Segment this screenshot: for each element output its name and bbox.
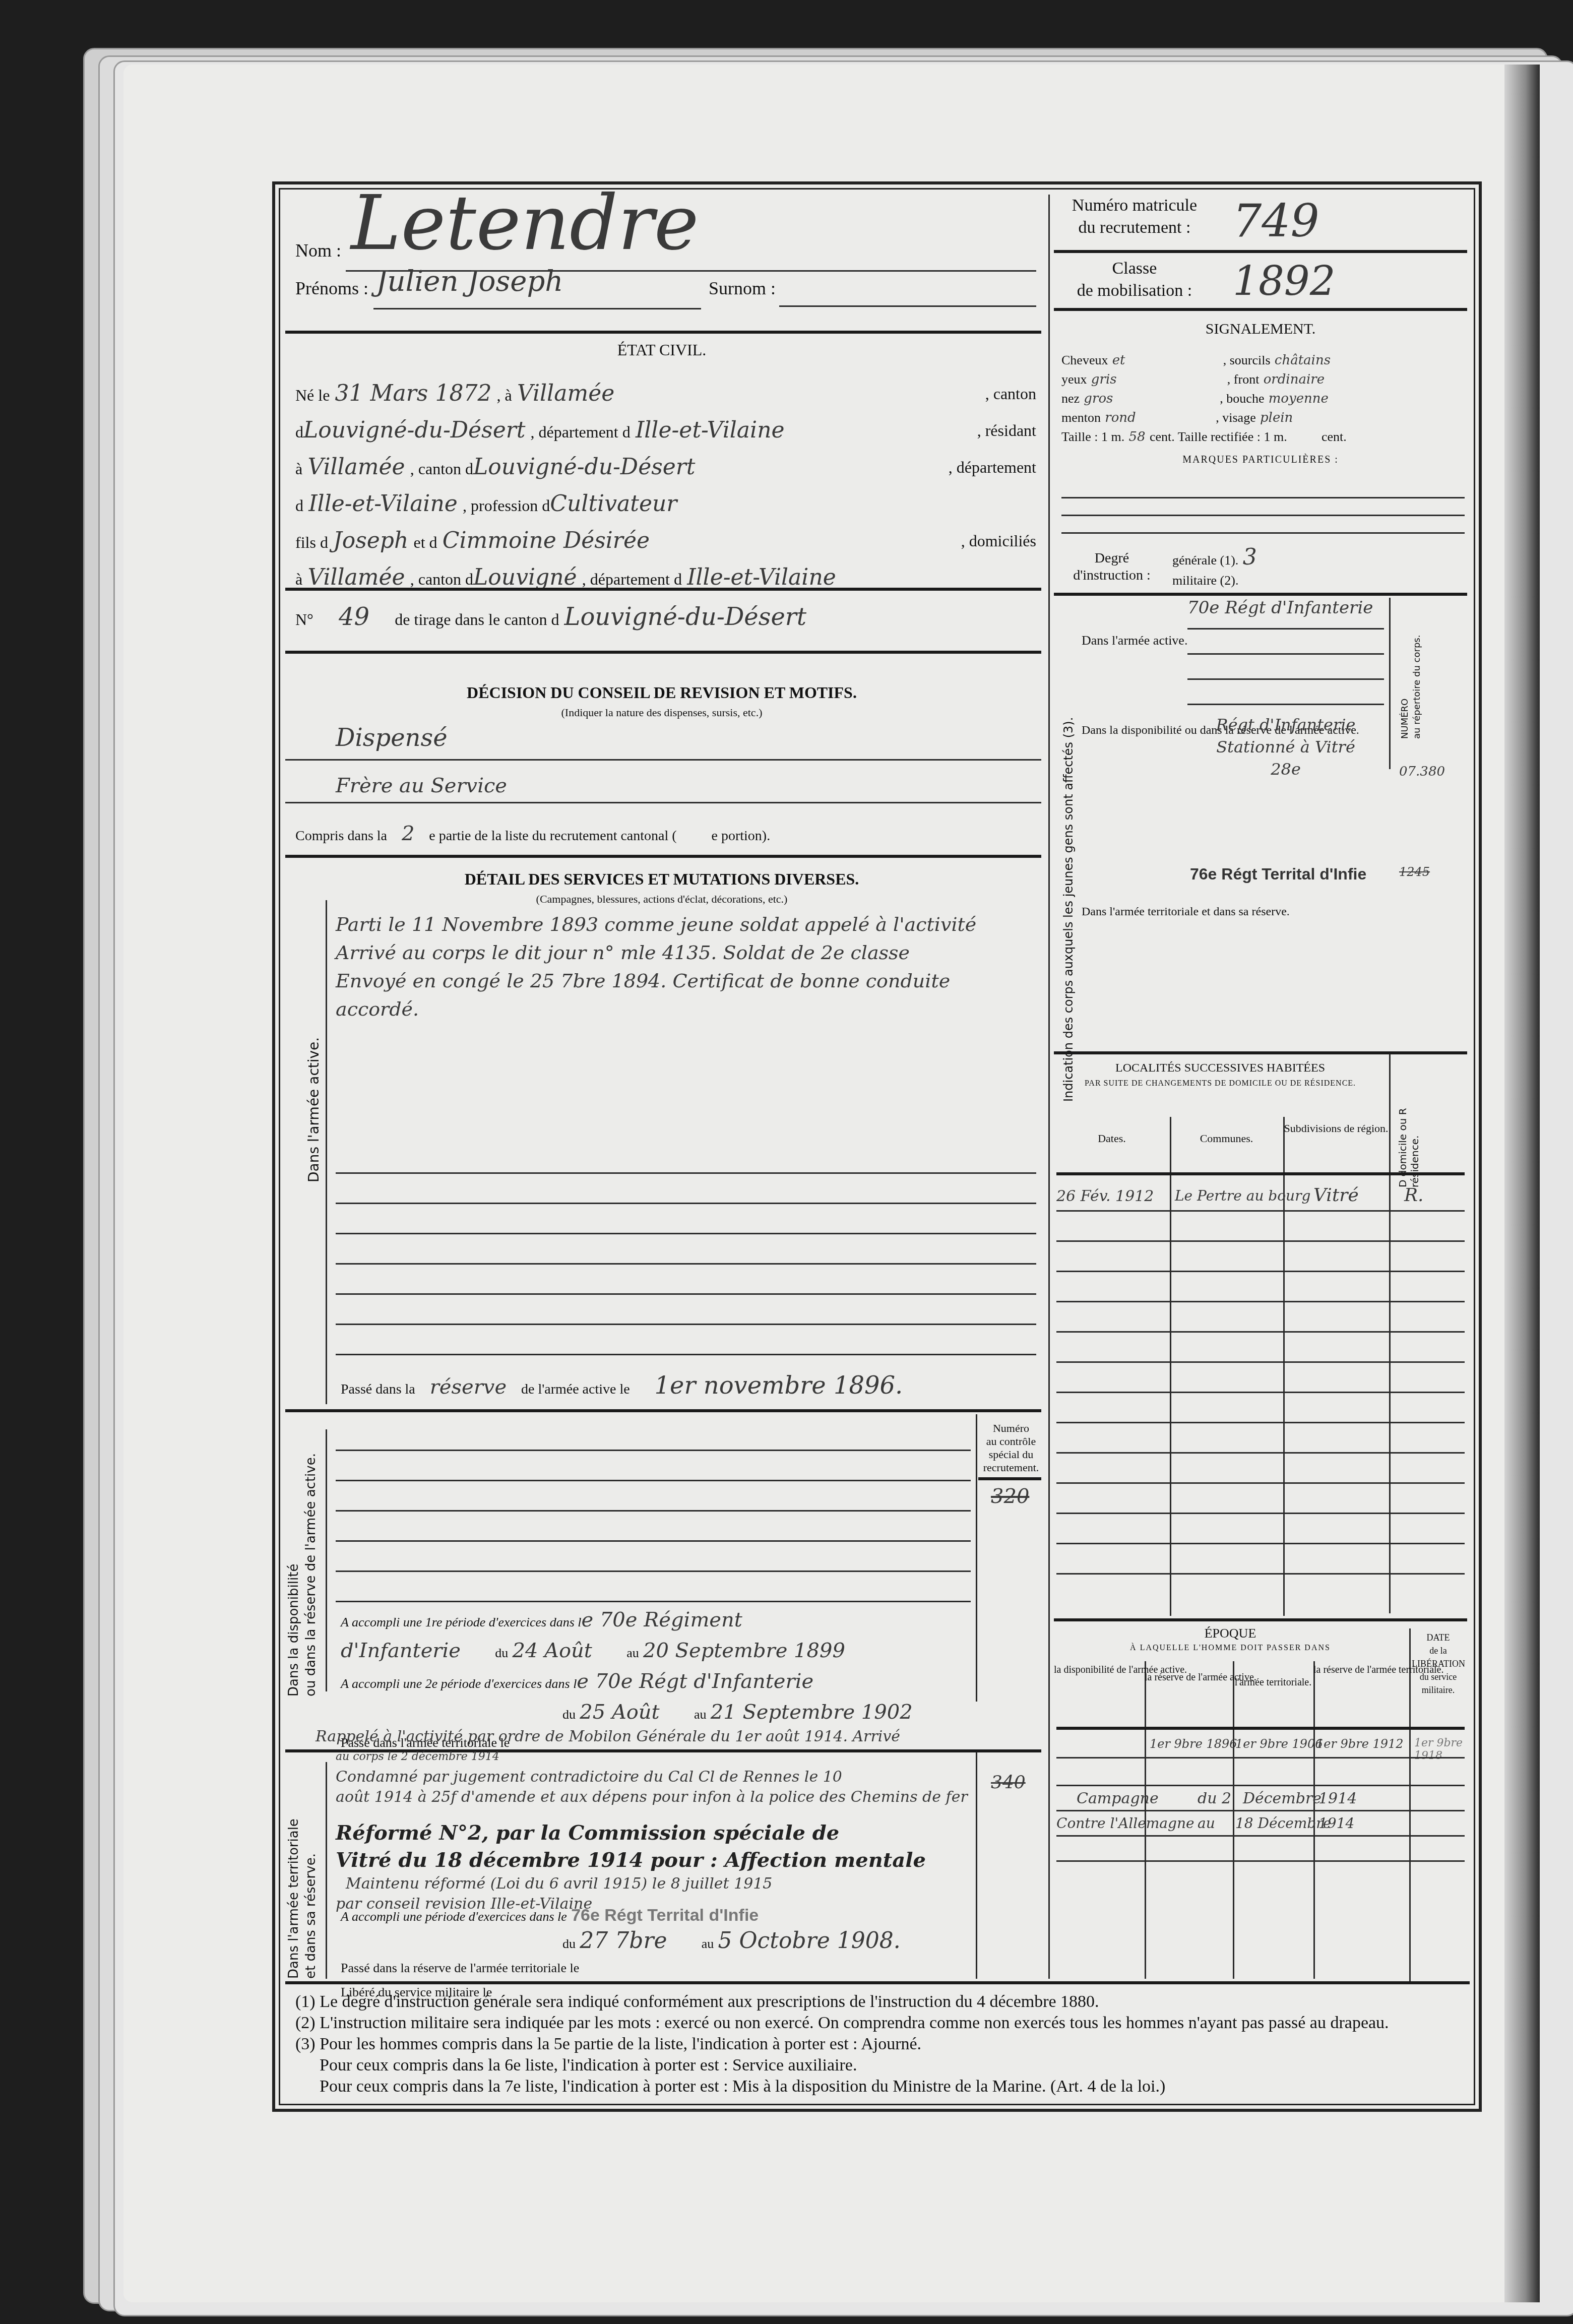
tirage-line: N° 49 de tirage dans le canton d Louvign… xyxy=(295,603,806,631)
periode-1-label: A accompli une 1re période d'exercices d… xyxy=(341,1615,582,1629)
numero-controle-label: Numéro au contrôle spécial du recrutemen… xyxy=(978,1422,1044,1474)
tirage-number: 49 xyxy=(339,603,369,631)
yeux-label: yeux xyxy=(1061,372,1087,387)
corps-line: Régt d'Infanterie xyxy=(1187,714,1384,736)
footnotes: (1) Le degré d'instruction générale sera… xyxy=(295,1991,1389,2097)
label-line: LIBÉRATION xyxy=(1412,1657,1465,1670)
col-divider xyxy=(1233,1661,1234,1979)
compris-label: Compris dans la xyxy=(295,828,387,844)
rule xyxy=(1056,1331,1465,1333)
disponibilite-corps: Régt d'Infanterie Stationné à Vitré 28e xyxy=(1187,714,1384,780)
profession-line: d Ille-et-Vilaine , profession dCultivat… xyxy=(295,486,1036,523)
rule xyxy=(1061,515,1465,516)
rule xyxy=(1056,1543,1465,1544)
passe-reserve-line: Passé dans la réserve de l'armée active … xyxy=(341,1371,903,1400)
cent-label: cent. xyxy=(1322,429,1347,444)
surnom-underline xyxy=(779,305,1036,307)
rule xyxy=(1056,1452,1465,1454)
col-divider xyxy=(1389,1054,1391,1613)
rule xyxy=(1056,1860,1465,1862)
side-label-line: Dans l'armée territoriale xyxy=(285,1818,302,1979)
col-divider xyxy=(1170,1117,1171,1616)
parents-domicile-line: à Villamée , canton dLouvigné , départem… xyxy=(295,560,1036,597)
bouche-value: moyenne xyxy=(1269,391,1329,406)
rule xyxy=(1056,1422,1465,1423)
periode-2-start: 25 Août xyxy=(580,1701,659,1724)
side-label-line: Dans la disponibilité xyxy=(285,1453,302,1697)
label-line: recrutement. xyxy=(978,1461,1044,1474)
rule xyxy=(1187,653,1384,655)
rule xyxy=(978,1477,1041,1480)
epoque-territoriale: 1er 9bre 1906 xyxy=(1235,1737,1323,1751)
front-label: , front xyxy=(1227,372,1260,387)
instruction-values: générale (1). 3 militaire (2). xyxy=(1172,547,1257,591)
territoriale-corps-label: Dans l'armée territoriale et dans sa rés… xyxy=(1082,905,1172,919)
rule xyxy=(1056,1727,1465,1730)
territoriale-numero: 340 xyxy=(991,1772,1026,1793)
rule xyxy=(336,1263,1036,1265)
rule xyxy=(336,1601,971,1602)
rule xyxy=(285,588,1041,591)
a-label: , à xyxy=(497,386,512,404)
profession-label: , profession d xyxy=(463,496,550,515)
instruction-label: Degré d'instruction : xyxy=(1061,550,1162,584)
liberation-label: DATE de la LIBÉRATION du service militai… xyxy=(1412,1631,1465,1697)
localites-title: LOCALITÉS SUCCESSIVES HABITÉES xyxy=(1054,1061,1387,1075)
prenoms-value: Julien Joseph xyxy=(376,265,563,298)
domicilies-label: , domiciliés xyxy=(961,523,1036,558)
rule xyxy=(1056,1573,1465,1575)
rule xyxy=(1056,1513,1465,1514)
periode-1-dates: d'Infanterie du 24 Août au 20 Septembre … xyxy=(341,1637,971,1667)
classe-value: 1892 xyxy=(1233,258,1336,304)
disponibilite-corps-label: Dans la disponibilité ou dans la réserve… xyxy=(1082,724,1172,737)
label-line: Degré xyxy=(1061,550,1162,567)
passe-label: Passé dans la xyxy=(341,1381,415,1397)
periode-1-corps-2: d'Infanterie xyxy=(341,1639,461,1662)
parents-domicile: Villamée xyxy=(307,564,405,590)
tirage-no-label: N° xyxy=(295,610,313,629)
services-lines: Parti le 11 Novembre 1893 comme jeune so… xyxy=(336,910,1041,1023)
bouche-label: , bouche xyxy=(1220,391,1264,406)
birth-canton: Louvigné-du-Désert xyxy=(303,417,525,443)
numero-column-divider xyxy=(976,1414,977,1702)
numero-column-divider xyxy=(1389,598,1391,769)
col-divider xyxy=(1409,1628,1411,1981)
generale-label: générale (1). xyxy=(1172,553,1238,568)
cheveux-value: et xyxy=(1112,351,1223,370)
prenoms-underline xyxy=(373,308,701,309)
decision-title: DÉCISION DU CONSEIL DE REVISION ET MOTIF… xyxy=(275,683,1048,702)
campagne-1b: du 2 xyxy=(1198,1790,1231,1807)
col-header-subdivisions: Subdivisions de région. xyxy=(1283,1122,1389,1135)
rule xyxy=(1061,532,1465,534)
campagne-2a: Contre l'Allemagne xyxy=(1056,1815,1194,1832)
note-line: Réformé N°2, par la Commission spéciale … xyxy=(316,1819,986,1847)
etat-civil-title: ÉTAT CIVIL. xyxy=(275,341,1048,359)
footnote: (1) Le degré d'instruction générale sera… xyxy=(295,1991,1389,2013)
rule xyxy=(285,651,1041,654)
label-line: militaire. xyxy=(1412,1683,1465,1697)
d-label: d xyxy=(295,423,303,441)
passe-value: réserve xyxy=(430,1375,507,1399)
localites-subtitle: PAR SUITE DE CHANGEMENTS DE DOMICILE OU … xyxy=(1054,1079,1387,1088)
service-line: accordé. xyxy=(336,995,1041,1023)
matricule-label-1: Numéro matricule xyxy=(1061,195,1208,217)
canton-label: , canton d xyxy=(410,570,473,588)
residant-label: , résidant xyxy=(977,413,1036,448)
rule xyxy=(336,1480,971,1481)
epoque-col-reserve-territoriale: la réserve de l'armée territoriale. xyxy=(1313,1664,1409,1676)
residence: Villamée xyxy=(307,454,405,480)
label-line: d'instruction : xyxy=(1061,567,1162,584)
taille-rectifiee-label: cent. Taille rectifiée : 1 m. xyxy=(1150,429,1287,444)
label-line: au répertoire du corps. xyxy=(1411,635,1423,739)
rule xyxy=(1056,1271,1465,1272)
rule xyxy=(1056,1172,1465,1175)
territoriale-stamp: 76e Régt Territal d'Infie xyxy=(1190,865,1366,884)
menton-label: menton xyxy=(1061,410,1101,425)
epoque-col-disponibilite: la disponibilité de l'armée active. xyxy=(1054,1664,1145,1676)
active-label: Dans l'armée active. xyxy=(1082,633,1172,648)
label-line: du service xyxy=(1412,1670,1465,1683)
corps-line: 28e xyxy=(1187,758,1384,780)
services-subtitle: (Campagnes, blessures, actions d'éclat, … xyxy=(275,893,1048,906)
front-value: ordinaire xyxy=(1264,372,1325,387)
service-line: Envoyé en congé le 25 7bre 1894. Certifi… xyxy=(336,967,1041,995)
disponibilite-side-label: Dans la disponibilité ou dans la réserve… xyxy=(285,1453,320,1697)
localite-commune: Le Pertre au bourg xyxy=(1175,1187,1310,1204)
col-header-dates: Dates. xyxy=(1054,1132,1170,1145)
residence-departement: Ille-et-Vilaine xyxy=(308,491,458,517)
column-divider xyxy=(1048,195,1050,1979)
etat-civil-block: Né le 31 Mars 1872 , à Villamée , canton… xyxy=(295,376,1036,597)
militaire-label: militaire (2). xyxy=(1172,573,1238,588)
rule xyxy=(1056,1240,1465,1242)
sourcils-label: , sourcils xyxy=(1223,353,1271,367)
note-line: au corps le 2 décembre 1914 xyxy=(316,1747,986,1767)
portion-suffix: e portion). xyxy=(712,828,771,844)
epoque-subtitle: À LAQUELLE L'HOMME DOIT PASSER DANS xyxy=(1054,1644,1407,1653)
parents-canton: Louvigné xyxy=(473,564,577,590)
taille-value: 58 xyxy=(1129,429,1146,445)
label-line: Numéro xyxy=(978,1422,1044,1435)
marques-label: MARQUES PARTICULIÈRES : xyxy=(1054,454,1467,466)
note-line: Rappelé à l'activité par ordre de Mobilo… xyxy=(316,1727,986,1747)
corps-side-label: Indication des corps auxquels les jeunes… xyxy=(1061,717,1076,1102)
reserve-territoriale-label: Passé dans la réserve de l'armée territo… xyxy=(341,1961,579,1975)
decision-line-1: Dispensé xyxy=(336,724,448,752)
rule xyxy=(285,1981,1470,1984)
label-line: au contrôle xyxy=(978,1435,1044,1448)
note-line: août 1914 à 25f d'amende et aux dépens p… xyxy=(316,1787,986,1807)
rule xyxy=(285,331,1041,334)
rule xyxy=(1056,1785,1465,1786)
birth-line: Né le 31 Mars 1872 , à Villamée , canton xyxy=(295,376,1036,413)
campagne-1c: Décembre xyxy=(1243,1790,1322,1807)
localite-type: R. xyxy=(1404,1185,1424,1206)
periode-2-label: A accompli une 2e période d'exercices da… xyxy=(341,1676,577,1691)
rule xyxy=(336,1354,1036,1355)
birth-departement: Ille-et-Vilaine xyxy=(636,417,785,443)
fils-de-label: fils d xyxy=(295,533,328,551)
disponibilite-numero: 07.380 xyxy=(1399,764,1445,779)
nom-label: Nom : xyxy=(295,240,341,261)
residence-line: à Villamée , canton dLouvigné-du-Désert,… xyxy=(295,450,1036,486)
rule xyxy=(336,1293,1036,1295)
epoque-title: ÉPOQUE xyxy=(1054,1626,1407,1641)
classe-label-1: Classe xyxy=(1061,258,1208,280)
label-line: NUMÉRO xyxy=(1399,635,1411,739)
nez-label: nez xyxy=(1061,391,1080,406)
rule xyxy=(336,1540,971,1542)
periode-1-start: 24 Août xyxy=(512,1639,592,1662)
residence-canton: Louvigné-du-Désert xyxy=(473,454,695,480)
rule xyxy=(1187,628,1384,630)
rule xyxy=(336,1233,1036,1234)
rule xyxy=(285,1409,1041,1412)
campagne-1d: 1914 xyxy=(1318,1790,1357,1807)
rule xyxy=(1056,1757,1465,1758)
rule xyxy=(336,1172,1036,1174)
epoque-reserve-territoriale: 1er 9bre 1912 xyxy=(1316,1737,1404,1751)
footnote: (2) L'instruction militaire sera indiqué… xyxy=(295,2013,1389,2034)
rule xyxy=(1054,308,1467,311)
signalement-title: SIGNALEMENT. xyxy=(1054,321,1467,338)
nom-value: Letendre xyxy=(351,179,699,267)
campagne-2c: 18 Décembre xyxy=(1235,1815,1331,1832)
epoque-col-reserve-active: la réserve de l'armée active. xyxy=(1145,1671,1233,1683)
periode-stamp: 76e Régt Territal d'Infie xyxy=(571,1906,759,1925)
bracket xyxy=(326,1429,327,1691)
territoriale-notes: Rappelé à l'activité par ordre de Mobilo… xyxy=(316,1727,986,1914)
localite-date: 26 Fév. 1912 xyxy=(1056,1187,1154,1205)
note-line: Maintenu réformé (Loi du 6 avril 1915) l… xyxy=(316,1874,986,1894)
compris-suffix: e partie de la liste du recrutement cant… xyxy=(429,828,676,844)
numero-repertoire-label: NUMÉRO au répertoire du corps. xyxy=(1399,635,1423,739)
au-label: au xyxy=(694,1707,707,1722)
rule xyxy=(1187,678,1384,680)
rule xyxy=(1054,1618,1467,1621)
departement-label: , département d xyxy=(531,423,631,441)
periode-1-corps: e 70e Régiment xyxy=(582,1608,742,1631)
periode-start: 27 7bre xyxy=(580,1928,667,1954)
et-de-label: et d xyxy=(414,533,437,551)
corps-line: Stationné à Vitré xyxy=(1187,736,1384,758)
rule xyxy=(1054,593,1467,596)
footnote: Pour ceux compris dans la 6e liste, l'in… xyxy=(295,2055,1389,2076)
rule xyxy=(1056,1482,1465,1484)
rule xyxy=(285,759,1041,761)
footnote: Pour ceux compris dans la 7e liste, l'in… xyxy=(295,2076,1389,2097)
compris-line: Compris dans la 2 e partie de la liste d… xyxy=(295,822,770,845)
periode-2-dates: du 25 Août au 21 Septembre 1902 xyxy=(341,1698,971,1729)
rule xyxy=(285,855,1041,858)
territoriale-periode: A accompli une période d'exercices dans … xyxy=(341,1903,971,2004)
menton-value: rond xyxy=(1105,408,1216,427)
matricule-value: 749 xyxy=(1233,195,1319,247)
du-label: du xyxy=(562,1936,576,1951)
campagne-1a: Campagne xyxy=(1077,1790,1159,1807)
note-line: Vitré du 18 décembre 1914 pour : Affecti… xyxy=(316,1847,986,1874)
rule xyxy=(1056,1210,1465,1212)
rule xyxy=(1056,1835,1465,1837)
classe-label-2: de mobilisation : xyxy=(1061,280,1208,302)
col-header-communes: Communes. xyxy=(1170,1132,1283,1145)
periode-2-corps: e 70e Régt d'Infanterie xyxy=(577,1670,813,1693)
periode-1-line: A accompli une 1re période d'exercices d… xyxy=(341,1606,971,1637)
a-label: à xyxy=(295,570,302,588)
a-label: à xyxy=(295,460,302,478)
rule xyxy=(1056,1810,1465,1811)
prenoms-label: Prénoms : xyxy=(295,278,368,299)
note-line: Condamné par jugement contradictoire du … xyxy=(316,1767,986,1787)
du-label: du xyxy=(495,1646,508,1660)
rule xyxy=(1056,1301,1465,1302)
active-corps: 70e Régt d'Infanterie xyxy=(1187,598,1373,618)
departement-label: , département d xyxy=(582,570,682,588)
rule xyxy=(1054,250,1467,253)
campagne-2b: au xyxy=(1198,1815,1215,1832)
label-line: de la xyxy=(1412,1644,1465,1657)
rule xyxy=(1187,704,1384,705)
epoque-col-territoriale: l'armée territoriale. xyxy=(1233,1676,1313,1688)
rule xyxy=(336,1203,1036,1204)
side-label-line: ou dans la réserve de l'armée active. xyxy=(302,1453,320,1697)
passe-suffix: de l'armée active le xyxy=(521,1381,630,1397)
visage-value: plein xyxy=(1260,410,1293,425)
services-side-label: Dans l'armée active. xyxy=(305,1037,322,1182)
numero-controle-value: 320 xyxy=(991,1485,1029,1508)
rule xyxy=(336,1324,1036,1325)
classe-label: Classe de mobilisation : xyxy=(1061,258,1208,302)
ne-le-label: Né le xyxy=(295,386,330,404)
rule xyxy=(336,1571,971,1572)
tirage-label: de tirage dans le canton d xyxy=(395,610,559,629)
parents-departement: Ille-et-Vilaine xyxy=(687,564,836,590)
visage-label: , visage xyxy=(1216,410,1255,425)
cheveux-label: Cheveux xyxy=(1061,353,1108,367)
departement-label: , département xyxy=(949,450,1036,485)
father-name: Joseph xyxy=(333,528,408,553)
book-spine xyxy=(1504,65,1540,2302)
mother-name: Cimmoine Désirée xyxy=(443,528,650,553)
birth-canton-line: dLouvigné-du-Désert , département d Ille… xyxy=(295,413,1036,450)
partie-value: 2 xyxy=(402,822,414,845)
rule xyxy=(285,802,1041,803)
service-line: Arrivé au corps le dit jour n° mle 4135.… xyxy=(336,938,1041,967)
territoriale-side-label: Dans l'armée territoriale et dans sa rés… xyxy=(285,1818,320,1979)
decision-line-2: Frère au Service xyxy=(336,774,507,797)
rule xyxy=(1056,1392,1465,1393)
yeux-value: gris xyxy=(1091,370,1227,389)
nez-value: gros xyxy=(1084,389,1220,408)
campagne-2d: 1914 xyxy=(1318,1815,1354,1832)
passe-date: 1er novembre 1896. xyxy=(655,1371,903,1400)
parents-line: fils d Joseph et d Cimmoine Désirée , do… xyxy=(295,523,1036,560)
rule xyxy=(1061,497,1465,498)
rule xyxy=(336,1510,971,1512)
periode-label: A accompli une période d'exercices dans … xyxy=(341,1909,567,1924)
periode-1-end: 20 Septembre 1899 xyxy=(643,1639,845,1662)
rule xyxy=(336,1450,971,1451)
periode-end: 5 Octobre 1908. xyxy=(718,1928,901,1954)
matricule-form: Nom : Letendre Prénoms : Julien Joseph S… xyxy=(272,181,1482,2112)
generale-value: 3 xyxy=(1243,544,1257,570)
label-line: DATE xyxy=(1412,1631,1465,1644)
localite-subdivision: Vitré xyxy=(1313,1185,1359,1206)
signalement-block: Cheveux et, sourcils châtains yeux gris,… xyxy=(1061,351,1465,447)
birth-place: Villamée xyxy=(517,381,614,406)
matricule-label: Numéro matricule du recrutement : xyxy=(1061,195,1208,239)
matricule-label-2: du recrutement : xyxy=(1061,217,1208,239)
sourcils-value: châtains xyxy=(1275,353,1331,368)
services-title: DÉTAIL DES SERVICES ET MUTATIONS DIVERSE… xyxy=(275,870,1048,889)
rule xyxy=(1056,1361,1465,1363)
taille-label: Taille : 1 m. xyxy=(1061,429,1124,444)
du-label: du xyxy=(562,1707,576,1722)
rule xyxy=(1054,1051,1467,1054)
territoriale-corps-numero: 1245 xyxy=(1399,865,1430,879)
au-label: au xyxy=(626,1646,639,1660)
periode-2-line: A accompli une 2e période d'exercices da… xyxy=(341,1667,971,1698)
bracket xyxy=(326,900,327,1404)
birth-date: 31 Mars 1872 xyxy=(335,381,492,406)
profession: Cultivateur xyxy=(550,491,677,517)
footnote: (3) Pour les hommes compris dans la 5e p… xyxy=(295,2034,1389,2055)
service-line: Parti le 11 Novembre 1893 comme jeune so… xyxy=(336,910,1041,938)
epoque-reserve-active: 1er 9bre 1896 xyxy=(1150,1737,1237,1751)
decision-subtitle: (Indiquer la nature des dispenses, sursi… xyxy=(275,706,1048,719)
surnom-label: Surnom : xyxy=(709,278,776,299)
label-line: spécial du xyxy=(978,1448,1044,1461)
d-label: d xyxy=(295,496,303,515)
canton-label: , canton xyxy=(985,376,1036,411)
periode-2-end: 21 Septembre 1902 xyxy=(711,1701,913,1724)
tirage-canton: Louvigné-du-Désert xyxy=(564,603,806,631)
canton-de-label: , canton d xyxy=(410,460,473,478)
au-label: au xyxy=(702,1936,714,1951)
